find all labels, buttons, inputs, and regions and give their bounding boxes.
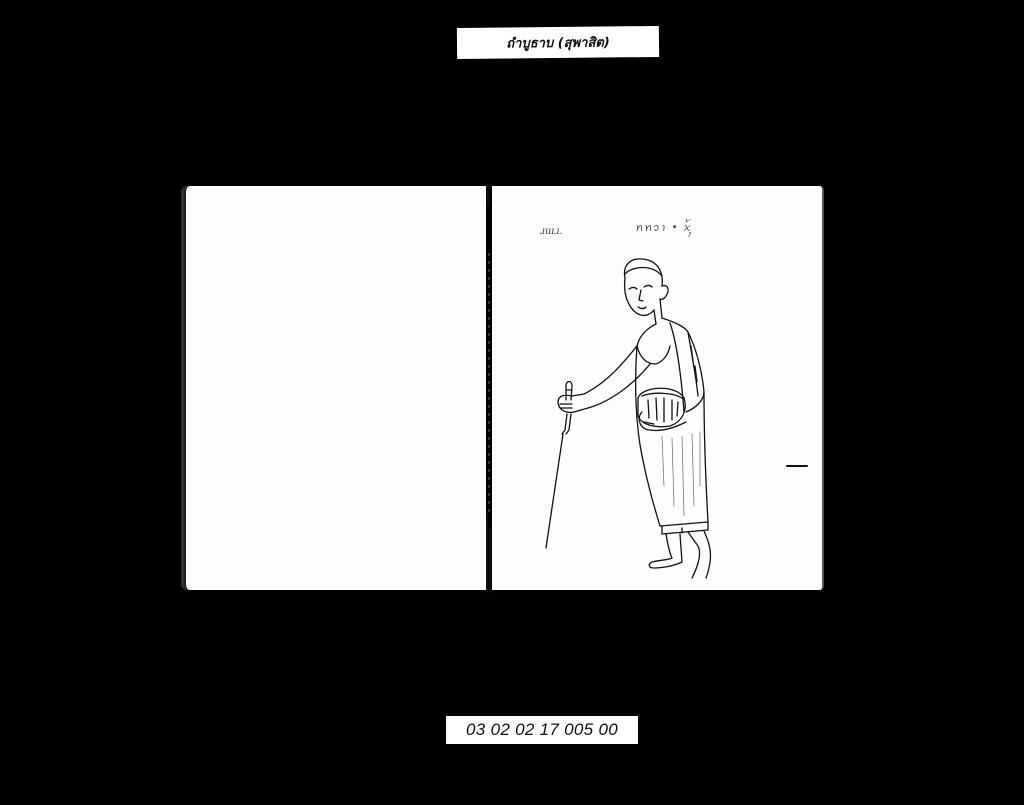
left-page (184, 186, 486, 590)
monk-illustration (492, 186, 822, 590)
margin-mark (786, 465, 808, 467)
open-manuscript-book: ɹɯɹ. ꪀꪀꪫꪱ • ꪎꪴ꫁ (178, 183, 826, 593)
document-title-label: ถำบูธาบ (สุพาสิต) (457, 26, 659, 59)
catalog-id-label: 03 02 02 17 005 00 (446, 716, 638, 744)
book-spine (484, 183, 492, 593)
right-page: ɹɯɹ. ꪀꪀꪫꪱ • ꪎꪴ꫁ (492, 186, 824, 590)
